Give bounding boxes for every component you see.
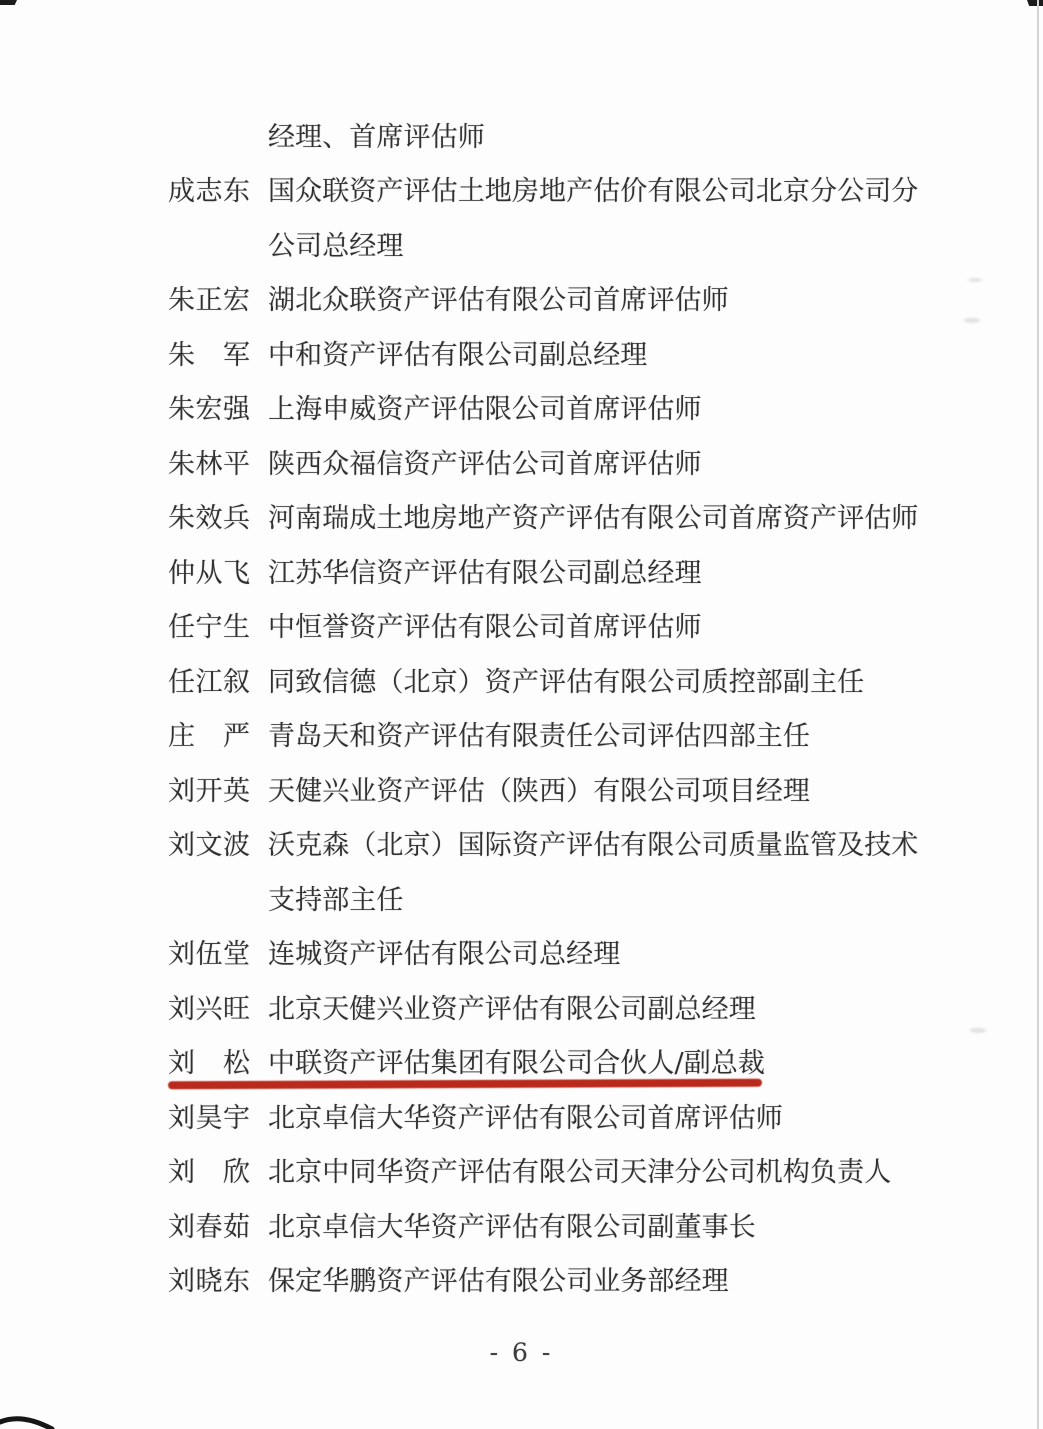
list-row: 朱宏强 上海申威资产评估限公司首席评估师 [0, 380, 1043, 435]
page-number: - 6 - [0, 1338, 1043, 1367]
person-name: 刘春茹 [168, 1205, 250, 1244]
person-title: 公司总经理 [268, 224, 404, 263]
name-title-list: 经理、首席评估师 成志东 国众联资产评估土地房地产估价有限公司北京分公司分 公司… [0, 107, 1043, 1306]
list-row: 朱效兵 河南瑞成土地房地产资产评估有限公司首席资产评估师 [0, 489, 1043, 544]
person-title: 中联资产评估集团有限公司合伙人/副总裁 [268, 1041, 765, 1080]
person-title: 北京卓信大华资产评估有限公司首席评估师 [268, 1096, 783, 1135]
list-row: 成志东 国众联资产评估土地房地产估价有限公司北京分公司分 [0, 162, 1043, 217]
person-title: 国众联资产评估土地房地产估价有限公司北京分公司分 [268, 169, 918, 208]
person-name: 刘兴旺 [168, 987, 250, 1026]
list-row: 任宁生 中恒誉资产评估有限公司首席评估师 [0, 598, 1043, 653]
scan-mark-top-right [1027, 0, 1043, 6]
person-title: 陕西众福信资产评估公司首席评估师 [268, 442, 702, 481]
list-row: 经理、首席评估师 [0, 107, 1043, 162]
person-name: 朱正宏 [168, 278, 250, 317]
person-name: 刘昊宇 [168, 1096, 250, 1135]
person-title: 支持部主任 [268, 878, 404, 917]
list-row: 刘晓东 保定华鹏资产评估有限公司业务部经理 [0, 1252, 1043, 1307]
person-title: 湖北众联资产评估有限公司首席评估师 [268, 278, 729, 317]
person-name: 朱林平 [168, 442, 250, 481]
list-row: 仲从飞 江苏华信资产评估有限公司副总经理 [0, 543, 1043, 598]
person-title: 同致信德（北京）资产评估有限公司质控部副主任 [268, 660, 864, 699]
person-name: 朱宏强 [168, 387, 250, 426]
person-name: 任宁生 [168, 605, 250, 644]
person-name: 刘开英 [168, 769, 250, 808]
list-row: 支持部主任 [0, 870, 1043, 925]
list-row: 刘伍堂 连城资产评估有限公司总经理 [0, 925, 1043, 980]
person-name: 刘文波 [168, 823, 250, 862]
person-title: 青岛天和资产评估有限责任公司评估四部主任 [268, 714, 810, 753]
list-row: 任江叙 同致信德（北京）资产评估有限公司质控部副主任 [0, 652, 1043, 707]
scan-smudge [970, 1028, 986, 1033]
scan-smudge [968, 278, 982, 282]
person-name: 刘伍堂 [168, 932, 250, 971]
list-row: 朱正宏 湖北众联资产评估有限公司首席评估师 [0, 271, 1043, 326]
scan-smudge [964, 318, 980, 323]
person-title: 保定华鹏资产评估有限公司业务部经理 [268, 1259, 729, 1298]
list-row: 刘兴旺 北京天健兴业资产评估有限公司副总经理 [0, 979, 1043, 1034]
list-row: 刘春茹 北京卓信大华资产评估有限公司副董事长 [0, 1197, 1043, 1252]
person-title: 中恒誉资产评估有限公司首席评估师 [268, 605, 702, 644]
person-title: 连城资产评估有限公司总经理 [268, 932, 620, 971]
person-name: 朱 军 [168, 333, 250, 372]
person-title: 江苏华信资产评估有限公司副总经理 [268, 551, 702, 590]
scan-curve-bottom-left [0, 1406, 70, 1429]
scanned-document-page: 经理、首席评估师 成志东 国众联资产评估土地房地产估价有限公司北京分公司分 公司… [0, 0, 1043, 1429]
list-row: 庄 严 青岛天和资产评估有限责任公司评估四部主任 [0, 707, 1043, 762]
list-row: 刘 松 中联资产评估集团有限公司合伙人/副总裁 [0, 1034, 1043, 1089]
list-row: 朱 军 中和资产评估有限公司副总经理 [0, 325, 1043, 380]
person-name: 任江叙 [168, 660, 250, 699]
person-title: 沃克森（北京）国际资产评估有限公司质量监管及技术 [268, 823, 918, 862]
list-row: 公司总经理 [0, 216, 1043, 271]
person-title: 经理、首席评估师 [268, 115, 485, 154]
scan-mark-top-left [0, 0, 17, 5]
person-title: 天健兴业资产评估（陕西）有限公司项目经理 [268, 769, 810, 808]
person-name: 庄 严 [168, 714, 250, 753]
person-name: 刘 松 [168, 1041, 250, 1080]
person-name: 仲从飞 [168, 551, 250, 590]
person-title: 中和资产评估有限公司副总经理 [268, 333, 647, 372]
person-name: 朱效兵 [168, 496, 250, 535]
list-row: 刘开英 天健兴业资产评估（陕西）有限公司项目经理 [0, 761, 1043, 816]
list-row: 刘文波 沃克森（北京）国际资产评估有限公司质量监管及技术 [0, 816, 1043, 871]
list-row: 刘昊宇 北京卓信大华资产评估有限公司首席评估师 [0, 1088, 1043, 1143]
person-title: 北京中同华资产评估有限公司天津分公司机构负责人 [268, 1150, 891, 1189]
list-row: 朱林平 陕西众福信资产评估公司首席评估师 [0, 434, 1043, 489]
person-title: 上海申威资产评估限公司首席评估师 [268, 387, 702, 426]
person-name: 成志东 [168, 169, 250, 208]
person-name: 刘 欣 [168, 1150, 250, 1189]
person-title: 北京卓信大华资产评估有限公司副董事长 [268, 1205, 756, 1244]
scan-edge-line-right [1037, 0, 1039, 1429]
person-title: 北京天健兴业资产评估有限公司副总经理 [268, 987, 756, 1026]
person-title: 河南瑞成土地房地产资产评估有限公司首席资产评估师 [268, 496, 918, 535]
person-name: 刘晓东 [168, 1259, 250, 1298]
list-row: 刘 欣 北京中同华资产评估有限公司天津分公司机构负责人 [0, 1143, 1043, 1198]
